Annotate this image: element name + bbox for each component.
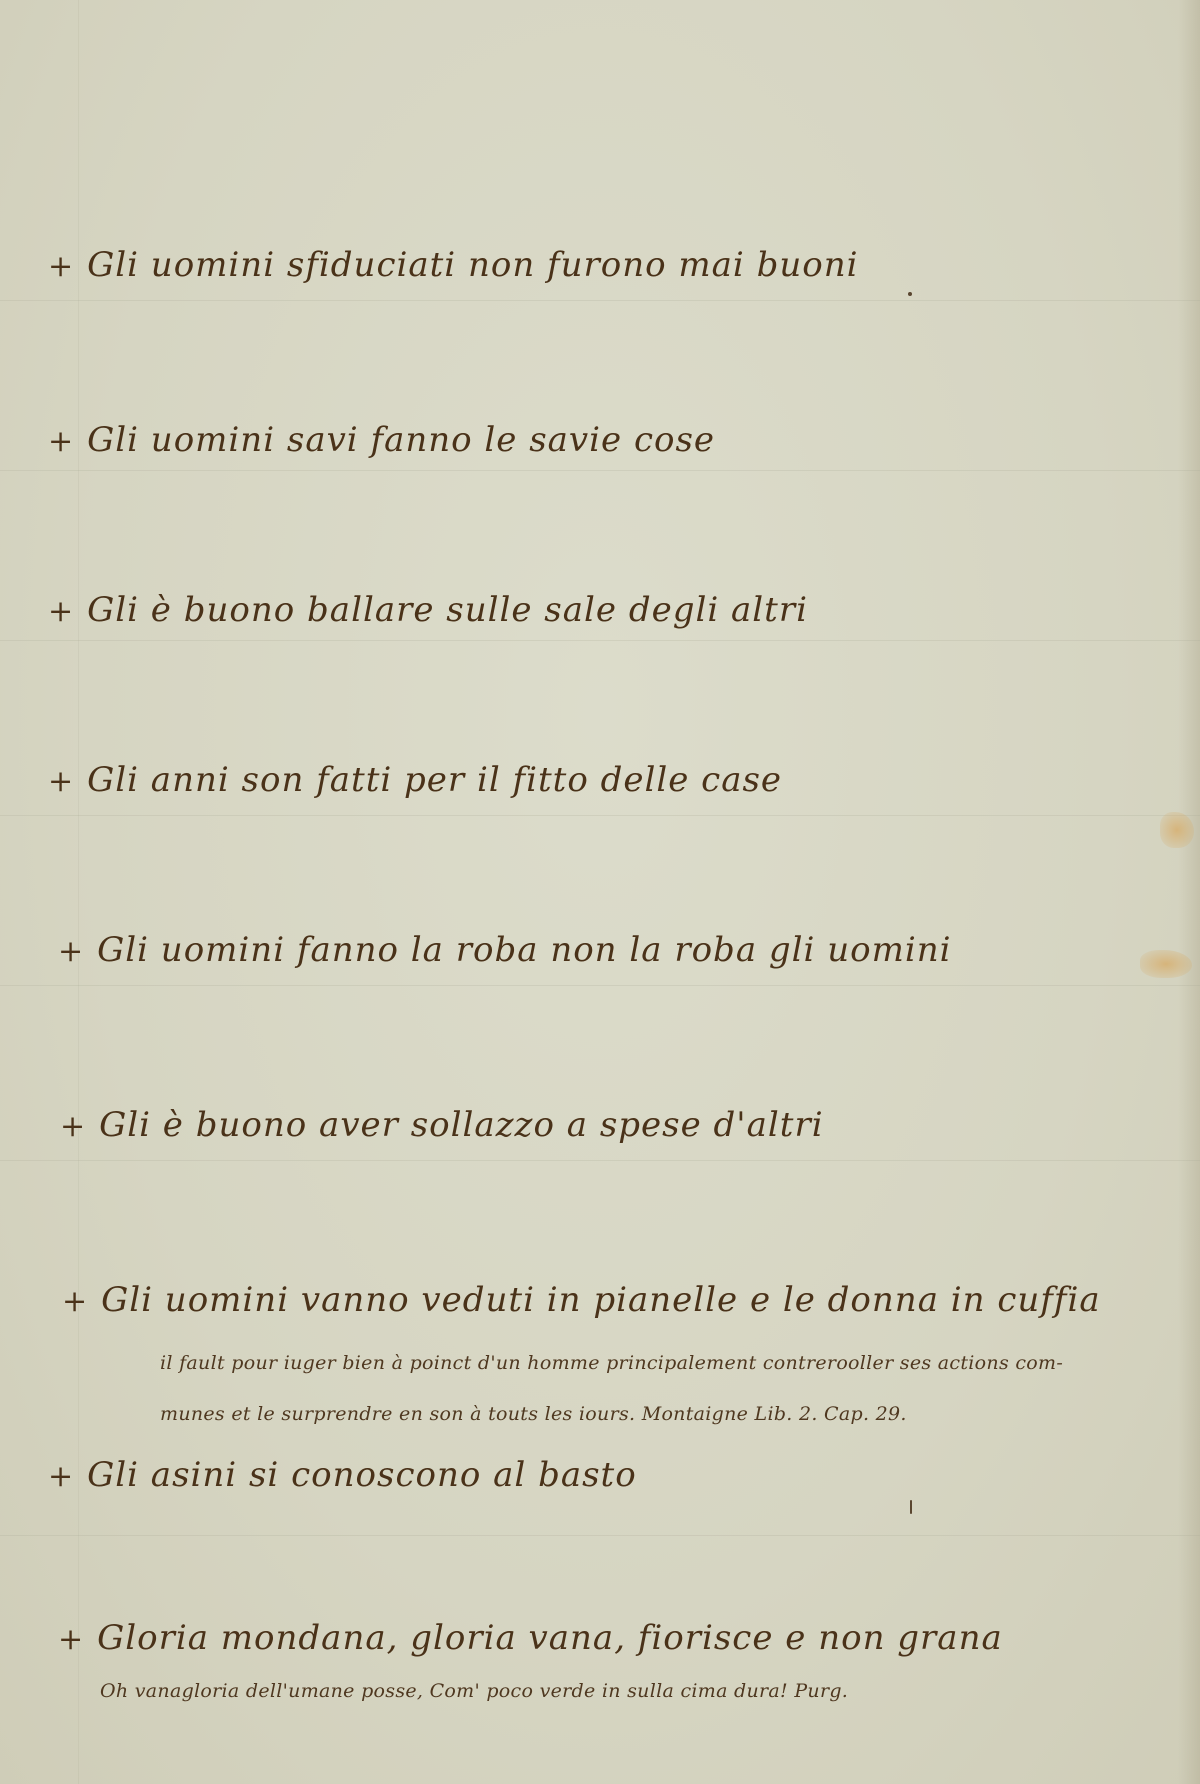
ruled-line <box>0 640 1200 641</box>
proverb-entry: + Gli è buono aver sollazzo a spese d'al… <box>60 1105 824 1145</box>
proverb-entry: + Gli anni son fatti per il fitto delle … <box>48 760 782 800</box>
cross-mark-icon: + <box>58 1622 92 1657</box>
proverb-text: Gli è buono aver sollazzo a spese d'altr… <box>99 1105 824 1145</box>
proverb-entry: + Gli asini si conoscono al basto <box>48 1455 637 1495</box>
annotation-line: Oh vanagloria dell'umane posse, Com' poc… <box>100 1680 848 1702</box>
proverb-text: Gli uomini fanno la roba non la roba gli… <box>97 930 951 970</box>
proverb-text: Gli è buono ballare sulle sale degli alt… <box>87 590 808 630</box>
page-edge-shadow <box>1178 0 1200 1784</box>
proverb-text: Gli anni son fatti per il fitto delle ca… <box>87 760 782 800</box>
proverb-text: Gli uomini vanno veduti in pianelle e le… <box>101 1280 1101 1320</box>
ink-speck <box>908 292 912 296</box>
ruled-line <box>0 815 1200 816</box>
cross-mark-icon: + <box>48 249 82 284</box>
ruled-line <box>0 470 1200 471</box>
ruled-line <box>0 985 1200 986</box>
proverb-text: Gli asini si conoscono al basto <box>87 1455 637 1495</box>
cross-mark-icon: + <box>48 594 82 629</box>
annotation-line: il fault pour iuger bien à poinct d'un h… <box>160 1352 1063 1374</box>
proverb-text: Gli uomini sfiduciati non furono mai buo… <box>87 245 858 285</box>
annotation-line: munes et le surprendre en son à touts le… <box>160 1403 907 1425</box>
proverb-entry: + Gloria mondana, gloria vana, fiorisce … <box>58 1618 1003 1658</box>
proverb-entry: + Gli uomini fanno la roba non la roba g… <box>58 930 951 970</box>
ruled-line <box>0 1160 1200 1161</box>
cross-mark-icon: + <box>48 424 82 459</box>
proverb-text: Gli uomini savi fanno le savie cose <box>87 420 715 460</box>
proverb-text: Gloria mondana, gloria vana, fiorisce e … <box>97 1618 1003 1658</box>
proverb-entry: + Gli uomini vanno veduti in pianelle e … <box>62 1280 1101 1320</box>
proverb-entry: + Gli è buono ballare sulle sale degli a… <box>48 590 808 630</box>
cross-mark-icon: + <box>60 1109 94 1144</box>
cross-mark-icon: + <box>48 1459 82 1494</box>
ruled-line <box>0 1535 1200 1536</box>
cross-mark-icon: + <box>62 1284 96 1319</box>
cross-mark-icon: + <box>58 934 92 969</box>
paper-stain <box>1160 812 1194 848</box>
ink-speck <box>910 1500 912 1514</box>
proverb-entry: + Gli uomini sfiduciati non furono mai b… <box>48 245 859 285</box>
manuscript-page: + Gli uomini sfiduciati non furono mai b… <box>0 0 1200 1784</box>
paper-stain <box>1140 950 1192 978</box>
ruled-line <box>0 300 1200 301</box>
cross-mark-icon: + <box>48 764 82 799</box>
proverb-entry: + Gli uomini savi fanno le savie cose <box>48 420 715 460</box>
